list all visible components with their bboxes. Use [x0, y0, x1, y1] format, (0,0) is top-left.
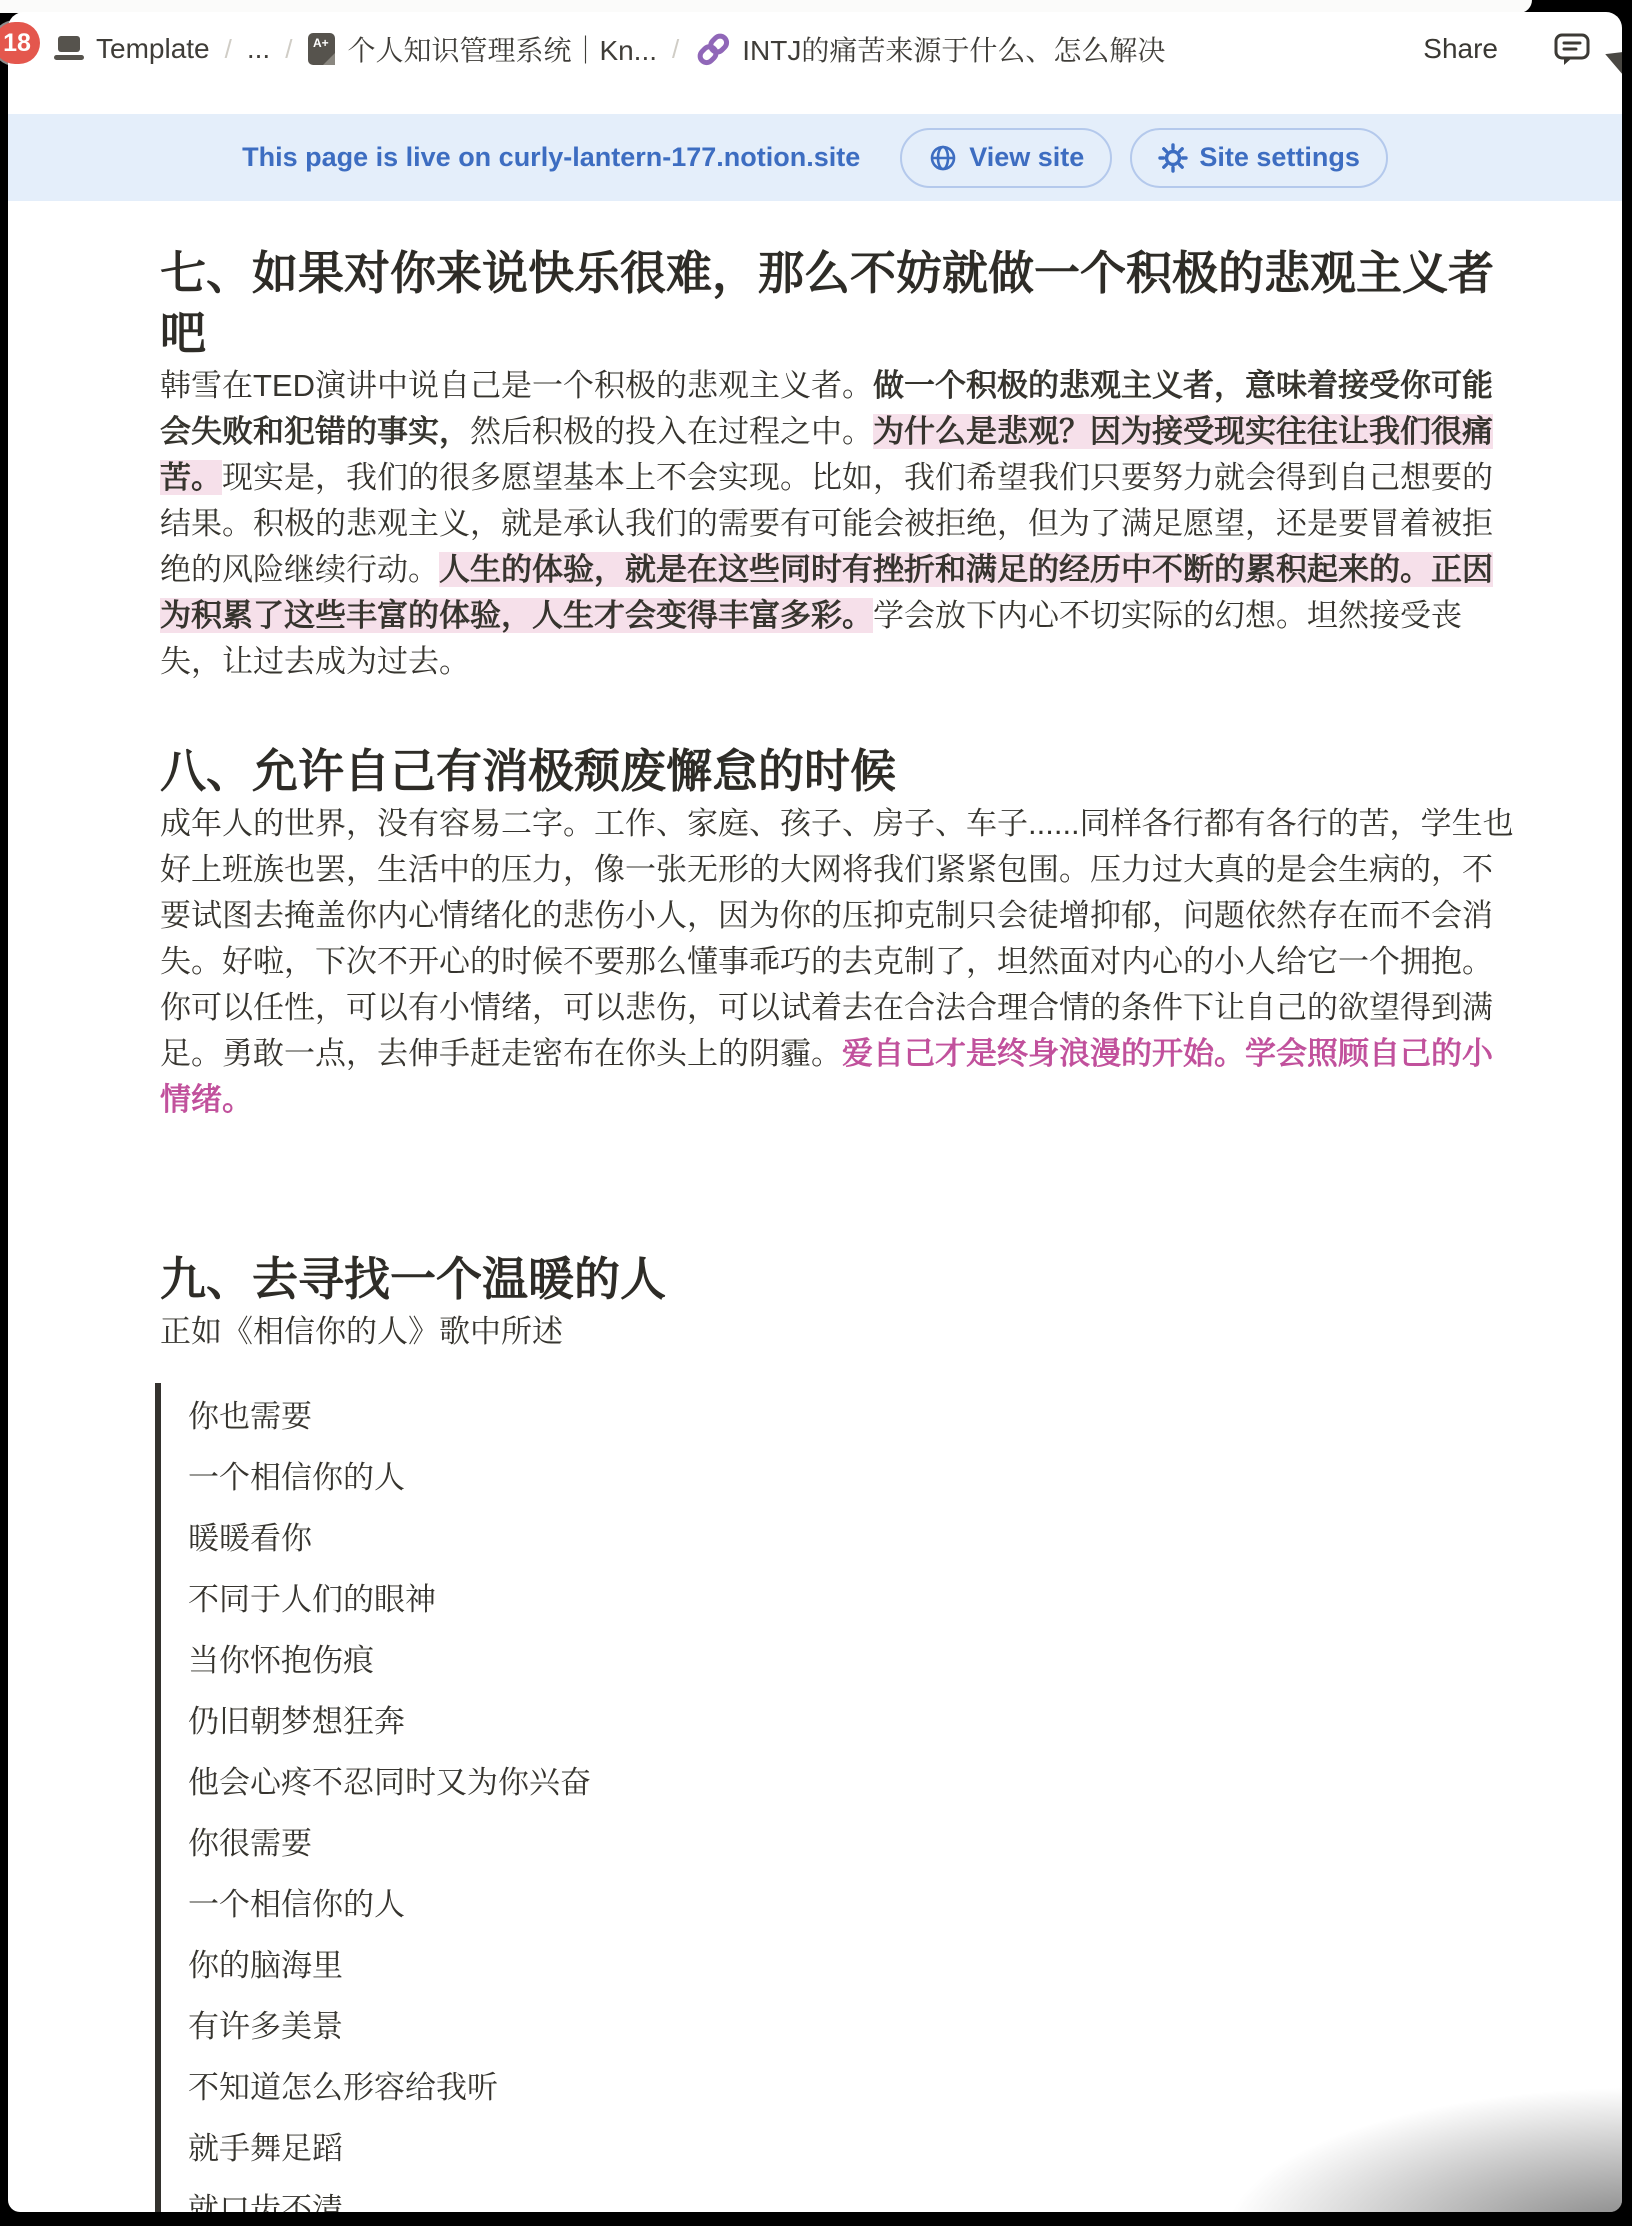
gear-icon — [1158, 143, 1188, 173]
section-7-heading: 七、如果对你来说快乐很难，那么不妨就做一个积极的悲观主义者吧 — [160, 243, 1522, 363]
breadcrumb-item-collapsed[interactable]: ... — [247, 33, 270, 65]
lyric-line: 仍旧朝梦想狂奔 — [188, 1706, 1522, 1738]
lyric-line: 一个相信你的人 — [188, 1462, 1522, 1494]
breadcrumb-label: Template — [96, 33, 210, 65]
text-run: 然后积极的投入在过程之中。 — [470, 414, 873, 449]
lyric-line: 暖暖看你 — [188, 1523, 1522, 1555]
section-8-heading: 八、允许自己有消极颓废懈怠的时候 — [160, 741, 1522, 801]
lyrics-quote-block: 你也需要 一个相信你的人 暖暖看你 不同于人们的眼神 当你怀抱伤痕 仍旧朝梦想狂… — [155, 1383, 1522, 2212]
link-icon — [694, 30, 732, 68]
share-button[interactable]: Share — [1423, 33, 1498, 65]
notification-badge-count: 18 — [3, 29, 31, 58]
topbar: Template / ... / A+ 个人知识管理系统｜Kn... / — [8, 12, 1622, 86]
lyric-line: 你很需要 — [188, 1828, 1522, 1860]
lyric-line: 有许多美景 — [188, 2011, 1522, 2043]
globe-icon — [928, 143, 958, 173]
lyric-line: 他会心疼不忍同时又为你兴奋 — [188, 1767, 1522, 1799]
browser-window: Template / ... / A+ 个人知识管理系统｜Kn... / — [8, 12, 1622, 2212]
view-site-button[interactable]: View site — [900, 128, 1112, 188]
text-run: 成年人的世界，没有容易二字。工作、家庭、孩子、房子、车子......同样各行都有… — [160, 806, 1514, 1071]
site-settings-button[interactable]: Site settings — [1130, 128, 1388, 188]
breadcrumb-label: INTJ的痛苦来源于什么、怎么解决 — [742, 29, 1165, 69]
text-run: 韩雪在TED演讲中说自己是一个积极的悲观主义者。 — [160, 368, 873, 403]
site-settings-label: Site settings — [1199, 142, 1360, 173]
comment-icon-button[interactable] — [1552, 29, 1592, 69]
view-site-label: View site — [969, 142, 1084, 173]
breadcrumb-label: ... — [247, 33, 270, 65]
lyric-line: 当你怀抱伤痕 — [188, 1645, 1522, 1677]
lyric-line: 就手舞足蹈 — [188, 2133, 1522, 2165]
breadcrumb-separator: / — [670, 34, 681, 65]
lyric-line: 不知道怎么形容给我听 — [188, 2072, 1522, 2104]
topbar-banner-gap — [8, 86, 1622, 114]
lyric-line: 你也需要 — [188, 1401, 1522, 1433]
breadcrumb: Template / ... / A+ 个人知识管理系统｜Kn... / — [52, 29, 1423, 69]
breadcrumb-item-knowledge-system[interactable]: A+ 个人知识管理系统｜Kn... — [307, 29, 657, 69]
lyric-line: 不同于人们的眼神 — [188, 1584, 1522, 1616]
section-9-heading: 九、去寻找一个温暖的人 — [160, 1249, 1522, 1309]
live-site-message[interactable]: This page is live on curly-lantern-177.n… — [242, 142, 860, 173]
breadcrumb-label: 个人知识管理系统｜Kn... — [347, 29, 657, 69]
lyric-line: 就口齿不清 — [188, 2194, 1522, 2212]
section-9-intro: 正如《相信你的人》歌中所述 — [160, 1309, 1522, 1355]
notification-badge: 18 — [0, 22, 40, 64]
live-site-banner: This page is live on curly-lantern-177.n… — [8, 114, 1622, 201]
laptop-icon — [52, 34, 86, 64]
breadcrumb-item-template[interactable]: Template — [52, 33, 210, 65]
breadcrumb-separator: / — [223, 34, 234, 65]
book-a-plus-icon: A+ — [307, 31, 337, 67]
breadcrumb-item-current-page[interactable]: INTJ的痛苦来源于什么、怎么解决 — [694, 29, 1165, 69]
lyric-line: 一个相信你的人 — [188, 1889, 1522, 1921]
section-8-paragraph: 成年人的世界，没有容易二字。工作、家庭、孩子、房子、车子......同样各行都有… — [160, 801, 1522, 1123]
clipped-caret-icon — [1600, 43, 1622, 78]
svg-text:A+: A+ — [313, 36, 329, 50]
breadcrumb-separator: / — [283, 34, 294, 65]
lyric-line: 你的脑海里 — [188, 1950, 1522, 1982]
page-content: 七、如果对你来说快乐很难，那么不妨就做一个积极的悲观主义者吧 韩雪在TED演讲中… — [8, 243, 1622, 2212]
section-7-paragraph: 韩雪在TED演讲中说自己是一个积极的悲观主义者。做一个积极的悲观主义者，意味着接… — [160, 363, 1522, 685]
